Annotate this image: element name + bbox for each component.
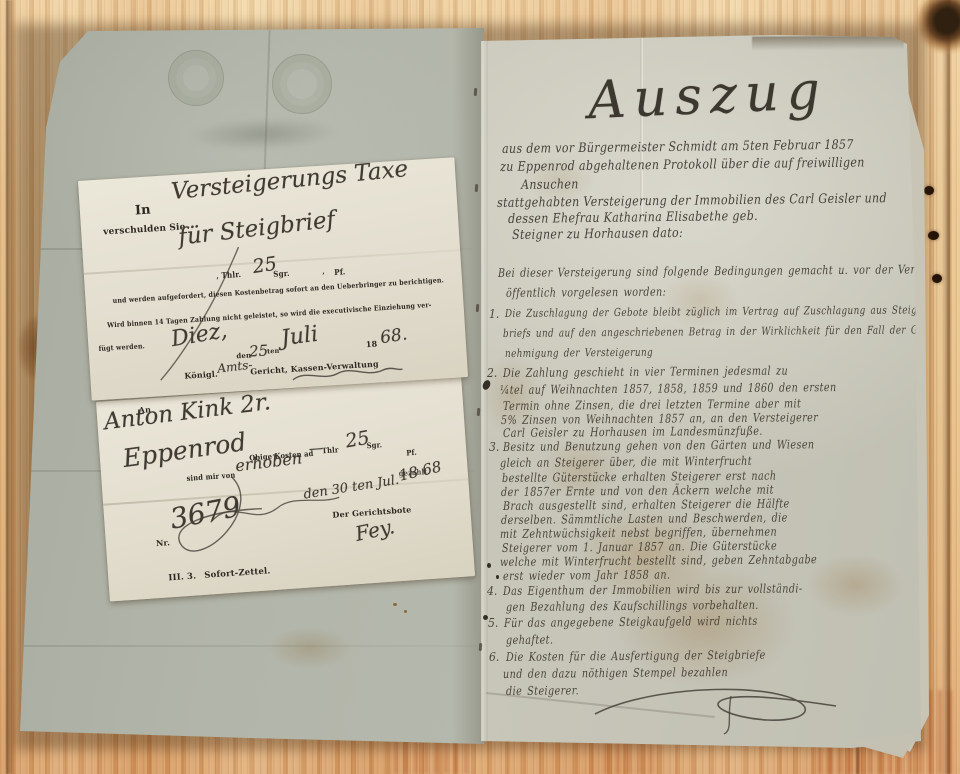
date-century-printed: 18 — [366, 339, 378, 350]
currency-sgr-printed: Sgr. — [366, 440, 382, 450]
document-line: ¼tel auf Weihnachten 1857, 1858, 1859 un… — [500, 380, 837, 397]
printed-in-label: In — [135, 203, 152, 219]
item-number: 1. — [489, 307, 499, 321]
body-line3-printed: fügt werden. — [98, 341, 145, 353]
nr-label-printed: Nr. — [156, 537, 171, 548]
document-line: und den dazu nöthigen Stempel bezahlen — [503, 665, 728, 681]
delivery-note-slip: An Anton Kink 2r. Eppenrod Obige Kosten … — [96, 376, 475, 601]
item-number: 6. — [489, 650, 499, 664]
amount-sgr-printed: Sgr. — [273, 268, 290, 279]
document-line: nehmigung der Versteigerung — [505, 346, 653, 360]
amount-separator-printed: ‚ — [322, 266, 325, 276]
photo-of-historic-documents: Auszug aus dem vor Bürgermeister Schmidt… — [0, 0, 960, 774]
embossed-stamp-left — [168, 50, 224, 106]
document-line: Die Zahlung geschieht in vier Terminen j… — [503, 364, 788, 380]
binding-stitch — [476, 304, 480, 312]
stain-speck — [393, 603, 397, 606]
top-edge-smudge — [752, 35, 904, 50]
date-ten-printed: ten — [267, 347, 280, 356]
document-line: aus dem vor Bürgermeister Schmidt am 5te… — [502, 138, 854, 157]
binding-stitch — [479, 643, 483, 651]
document-line: Steigner zu Horhausen dato: — [512, 226, 683, 243]
document-line: welche mit Winterfrucht bestellt sind, g… — [500, 552, 817, 569]
left-page-vertical-crease — [263, 30, 270, 180]
document-line: Die Zuschlagung der Gebote bleibt züglic… — [505, 303, 921, 320]
issuer-koenigl-printed: Königl. — [184, 369, 218, 381]
left-page-fold-line — [18, 645, 476, 647]
binding-stitch — [475, 184, 479, 192]
document-line: Ansuchen — [521, 177, 579, 193]
document-line: die Steigerer. — [506, 683, 579, 698]
wood-plank-joint-left — [6, 0, 13, 774]
item-number: 5. — [488, 616, 498, 630]
document-line: Bei dieser Versteigerung sind folgende B… — [498, 262, 960, 280]
document-line: erst wieder vom Jahr 1858 an. — [503, 568, 670, 583]
wood-worm-hole — [928, 231, 939, 240]
form-id-printed: III. 3. — [168, 571, 196, 583]
document-line: stattgehabten Versteigerung der Immobili… — [497, 191, 887, 211]
printed-debt-label: verschulden Sie — [103, 222, 186, 237]
signature-flourish — [583, 682, 853, 738]
document-line: Für das angegebene Steigkaufgeld wird ni… — [504, 614, 758, 630]
currency-pf-printed: Pf. — [406, 448, 417, 458]
recipient-place-handwritten: Eppenrod — [121, 427, 248, 473]
document-line: gehaftet. — [506, 633, 553, 647]
currency-thlr-printed: Thlr — [322, 445, 339, 455]
item-number: 4. — [487, 584, 497, 598]
date-year-handwritten: 68. — [379, 324, 409, 348]
item-number: 3. — [489, 440, 499, 454]
binding-stitch — [477, 408, 481, 416]
ink-blot — [487, 563, 491, 568]
document-line: Besitz und Benutzung gehen von den Gärte… — [503, 437, 814, 454]
document-line: dessen Ehefrau Katharina Elisabethe geb. — [508, 209, 758, 227]
binding-stitch — [474, 88, 478, 96]
stain-speck — [404, 610, 407, 613]
document-line: gleich an Steigerer über, die mit Winter… — [500, 454, 752, 470]
page-title: Auszug — [587, 61, 829, 131]
embossed-stamp-right — [272, 54, 332, 114]
document-line: briefs und auf den angeschriebenen Betra… — [503, 323, 927, 340]
date-month-handwritten: Juli — [280, 322, 320, 352]
wood-worm-hole — [932, 274, 942, 283]
amount-currency-printed: ‚ Thlr. — [216, 269, 242, 281]
document-line: Die Kosten für die Ausfertigung der Stei… — [506, 648, 766, 664]
document-line: öffentlich vorgelesen worden: — [506, 285, 666, 300]
ink-show-through-smudge — [187, 115, 338, 152]
ink-blot — [496, 575, 499, 579]
document-line: Das Eigenthum der Immobilien wird bis zu… — [503, 581, 802, 598]
amount-pf-printed: Pf. — [334, 266, 346, 277]
fee-note-slip: In verschulden Sie Versteigerungs Taxe f… — [78, 157, 468, 400]
item-number: 2. — [487, 366, 497, 380]
document-line: zu Eppenrod abgehaltenen Protokoll über … — [500, 156, 865, 175]
document-line: gen Bezahlung des Kaufschillings vorbeha… — [506, 598, 759, 614]
wood-plank-joint-right — [944, 0, 950, 774]
